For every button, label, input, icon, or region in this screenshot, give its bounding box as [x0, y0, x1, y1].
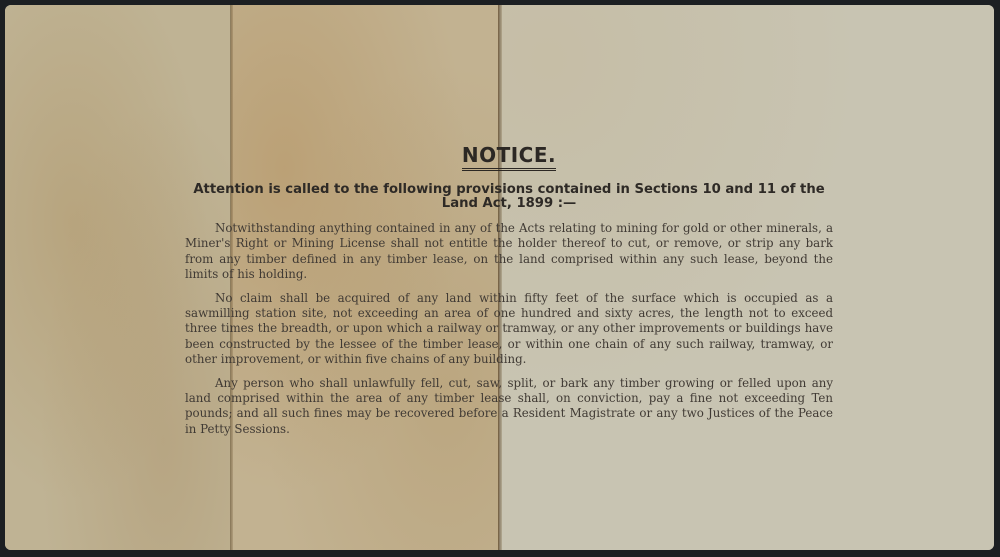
notice-text-block: NOTICE. Attention is called to the follo… [185, 143, 833, 445]
paragraph-miners-right: Notwithstanding anything contained in an… [185, 221, 833, 283]
folded-document-sheet: NOTICE. Attention is called to the follo… [5, 5, 994, 550]
paragraph-claim-restrictions: No claim shall be acquired of any land w… [185, 291, 833, 368]
notice-title: NOTICE. [185, 143, 833, 171]
notice-intro: Attention is called to the following pro… [185, 183, 833, 211]
paragraph-penalties: Any person who shall unlawfully fell, cu… [185, 376, 833, 438]
